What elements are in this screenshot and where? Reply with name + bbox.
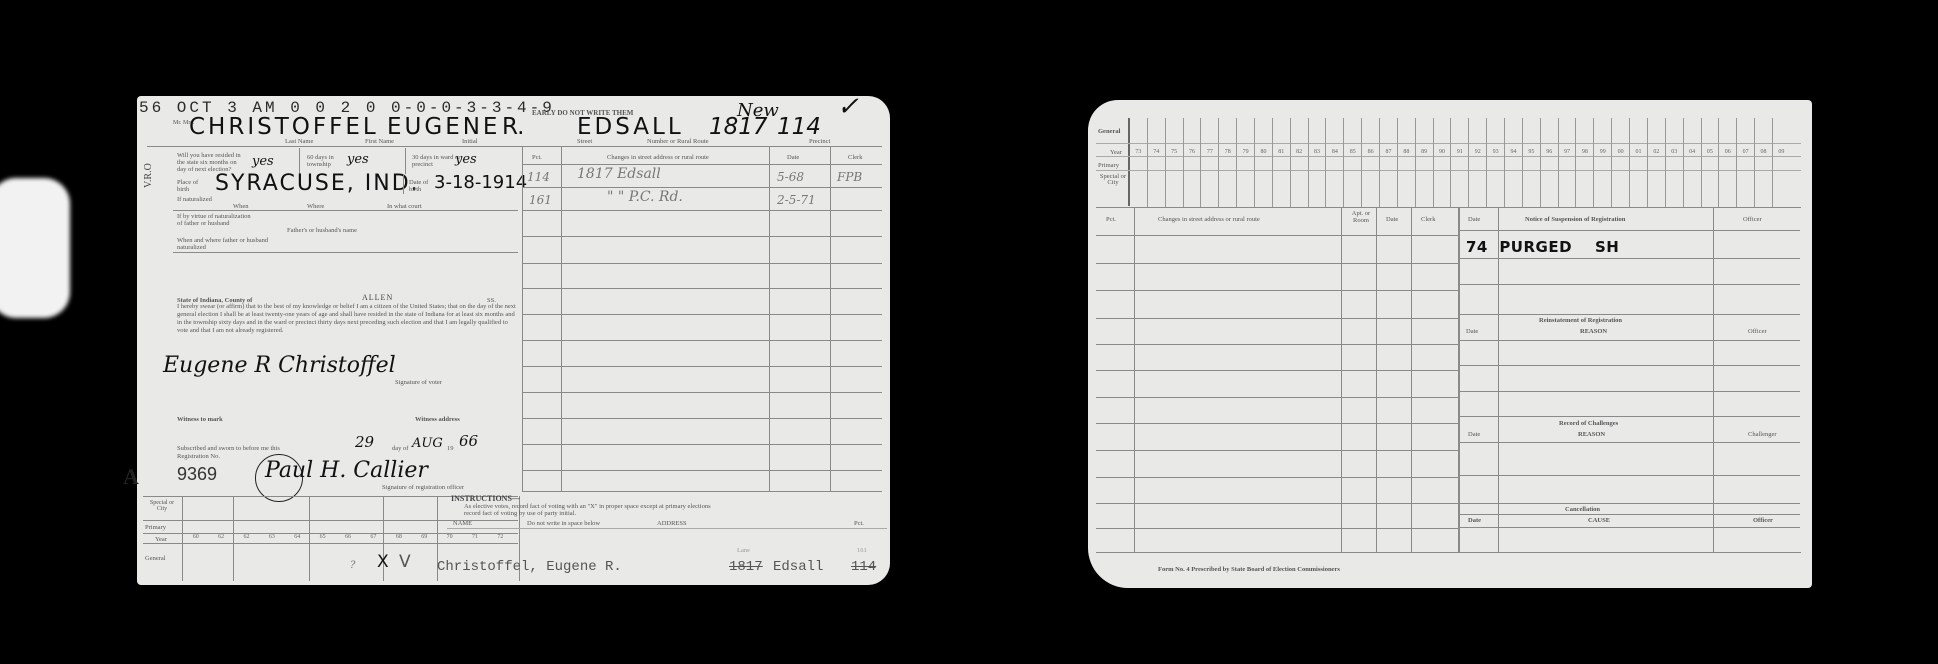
label-when-where-father: When and where father or husband natural… (177, 237, 277, 251)
challenges-header-reason: REASON (1578, 431, 1605, 438)
label-virtue: If by virtue of naturalization of father… (177, 213, 252, 227)
vote-year: 85 (1344, 118, 1362, 207)
resided-state-answer: yes (252, 154, 274, 169)
registration-card-front: 56 OCT 3 AM 0 0 2 0 0-0-0-3-3-4-9 EARLY … (137, 96, 890, 585)
challenges-header-challenger: Challenger (1748, 431, 1777, 438)
county-value: ALLEN (362, 293, 393, 302)
cancellation-header-date: Date (1468, 517, 1481, 524)
changes-header-address: Changes in street address or rural route (607, 154, 709, 161)
vote-year: 64 (285, 534, 310, 540)
challenges-title: Record of Challenges (1555, 420, 1622, 427)
vote-year: 96 (1541, 118, 1559, 207)
vote-year: 77 (1201, 118, 1219, 207)
reinstatement-header-date: Date (1466, 328, 1478, 335)
label-witness-mark: Witness to mark (177, 416, 223, 423)
cancellation-header-cause: CAUSE (1588, 517, 1610, 524)
vote-year: 81 (1273, 118, 1291, 207)
subscribed-month: AUG (412, 436, 443, 451)
officer-signature: Paul H. Callier (265, 458, 428, 483)
changes-header-address: Changes in street address or rural route (1158, 216, 1260, 223)
label-where: Where (307, 203, 324, 210)
changes-cell-pct: 161 (529, 193, 552, 207)
vote-year: 03 (1666, 118, 1684, 207)
vote-year: 74 (1148, 118, 1166, 207)
label-sig-officer: Signature of registration officer (382, 484, 464, 491)
subscribed-label: Subscribed and sworn to before me this (177, 445, 280, 452)
label-last-name: Last Name (285, 138, 313, 145)
instructions-text-2: record fact of voting by use of party in… (464, 510, 576, 517)
vote-year: 98 (1576, 118, 1594, 207)
label-registration-no: Registration No. (177, 453, 220, 460)
vote-year: 75 (1166, 118, 1184, 207)
vote-year: 82 (1291, 118, 1309, 207)
label-number: Number or Rural Route (647, 138, 709, 145)
changes-header-date: Date (787, 154, 799, 161)
instructions-no-write: Do not write in space below (527, 520, 600, 527)
vote-year: 92 (1469, 118, 1487, 207)
vote-year: 01 (1630, 118, 1648, 207)
vote-year-columns: 73 74 75 76 77 78 79 80 81 82 83 84 85 8… (1130, 118, 1790, 207)
vote-year: 94 (1505, 118, 1523, 207)
vote-year: 80 (1255, 118, 1273, 207)
changes-cell-address: 1817 Edsall (577, 166, 661, 182)
last-name-value: CHRISTOFFEL (189, 114, 379, 140)
vote-year: 07 (1737, 118, 1755, 207)
subscribed-day: 29 (355, 433, 374, 451)
cancellation-title: Cancellation (1565, 506, 1600, 513)
suspension-entry: 74 PURGED SH (1466, 238, 1619, 256)
vote-year: 65 (310, 534, 335, 540)
number-value: 1817 (709, 114, 768, 140)
vote-year: 60 (183, 534, 208, 540)
label-place-of-birth: Place of birth (177, 179, 205, 193)
vote-row-special: Special or City (1098, 174, 1128, 186)
vote-year: 90 (1434, 118, 1452, 207)
typed-number-overwrite: Lane (737, 547, 750, 554)
voter-signature: Eugene R Christoffel (163, 353, 396, 378)
cancellation-header-officer: Officer (1753, 517, 1773, 524)
label-sig-voter: Signature of voter (395, 379, 442, 386)
typed-street: Edsall (773, 559, 823, 575)
typed-pct-struck: 114 (851, 559, 876, 575)
days-township-answer: yes (347, 152, 369, 167)
vote-year: 02 (1648, 118, 1666, 207)
vote-year: 00 (1612, 118, 1630, 207)
vote-year: 88 (1398, 118, 1416, 207)
label-precinct: Precinct (809, 138, 830, 145)
changes-cell-pct: 114 (527, 170, 550, 184)
typed-number-struck: 1817 (729, 559, 763, 575)
vote-year: 72 (488, 534, 513, 540)
suspension-header-officer: Officer (1743, 216, 1762, 223)
vote-year: 63 (259, 534, 284, 540)
instructions-text-1: As elective votes, record fact of voting… (464, 503, 711, 510)
subscribed-year: 66 (459, 432, 478, 450)
check-mark-icon: ✓ (837, 92, 859, 122)
label-initial: Initial (462, 138, 478, 145)
changes-header-clerk: Clerk (1421, 216, 1435, 223)
vote-year: 70 (437, 534, 462, 540)
title-prefix: Mr. Mrs. (173, 120, 185, 127)
label-when: When (233, 203, 249, 210)
label-date-of-birth: Date of birth (409, 179, 437, 193)
changes-cell-date: 5-68 (777, 170, 804, 184)
reinstatement-title: Reinstatement of Registration (1535, 317, 1626, 324)
subscribed-day-label: day of (392, 445, 408, 452)
changes-cell-address: " " P.C. Rd. (607, 189, 683, 205)
vote-year: 08 (1755, 118, 1773, 207)
vote-year: 78 (1219, 118, 1237, 207)
label-witness-address: Witness address (415, 416, 460, 423)
vote-year: 86 (1362, 118, 1380, 207)
vote-year: 93 (1487, 118, 1505, 207)
first-name-value: EUGENE (387, 114, 500, 140)
changes-header-pct: Pct. (1106, 216, 1116, 223)
instructions-pct-label: Pct. (854, 520, 864, 527)
vote-year: 68 (386, 534, 411, 540)
days-ward-answer: yes (455, 152, 477, 167)
suspension-header-notice: Notice of Suspension of Registration (1525, 216, 1625, 223)
typed-pct-overwrite: 161 (857, 547, 867, 554)
label-street: Street (577, 138, 592, 145)
instructions-name-label: NAME (453, 520, 472, 527)
label-first-name: First Name (365, 138, 394, 145)
vote-mark-v: V (399, 552, 411, 572)
vote-year: 73 (1130, 118, 1148, 207)
suspension-header-date: Date (1468, 216, 1480, 223)
place-of-birth-value: SYRACUSE, IND. (215, 171, 420, 196)
initial-value: R. (502, 114, 524, 140)
form-footer: Form No. 4 Prescribed by State Board of … (1158, 566, 1340, 573)
vote-year: 04 (1684, 118, 1702, 207)
label-naturalized: If naturalized (177, 196, 212, 203)
challenges-header-date: Date (1468, 431, 1480, 438)
vote-year: 79 (1237, 118, 1255, 207)
vote-row-primary: Primary (1098, 162, 1119, 169)
label-resided-state: Will you have resided in the state six m… (177, 152, 247, 173)
instructions-address-label: ADDRESS (657, 520, 687, 527)
vote-year: 95 (1523, 118, 1541, 207)
vote-mark: ? (350, 560, 355, 571)
label-father-name: Father's or husband's name (287, 227, 357, 234)
street-value: EDSALL (577, 114, 684, 140)
vote-row-primary: Primary (145, 524, 166, 531)
changes-header-clerk: Clerk (848, 154, 862, 161)
reinstatement-header-reason: REASON (1580, 328, 1607, 335)
vote-mark-x: X (377, 552, 389, 572)
date-of-birth-value: 3-18-1914 (434, 172, 527, 193)
changes-header-apt: Apt. or Room (1350, 210, 1372, 224)
vote-row-general: General (145, 555, 166, 562)
precinct-value: 114 (777, 114, 821, 140)
changes-cell-clerk: FPB (837, 170, 862, 184)
vote-year: 09 (1773, 118, 1790, 207)
changes-header-date: Date (1386, 216, 1398, 223)
registration-card-back: General Year Primary Special or City 73 … (1088, 100, 1812, 588)
vote-year: 83 (1309, 118, 1327, 207)
subscribed-year-label: 19 (447, 445, 454, 452)
instructions-title: INSTRUCTIONS— (451, 494, 520, 503)
vote-year: 89 (1416, 118, 1434, 207)
changes-cell-date: 2-5-71 (777, 193, 816, 207)
vote-year: 84 (1326, 118, 1344, 207)
scanner-artifact (0, 178, 70, 318)
vote-row-special: Special or City (147, 500, 177, 512)
vote-row-general: General (1098, 128, 1120, 135)
vote-year: 62 (234, 534, 259, 540)
typed-name: Christoffel, Eugene R. (437, 559, 622, 575)
vote-year: 62 (208, 534, 233, 540)
vote-year: 71 (462, 534, 487, 540)
vote-year: 69 (412, 534, 437, 540)
reinstatement-header-officer: Officer (1748, 328, 1767, 335)
registration-number: 9369 (177, 464, 217, 485)
oath-text: I hereby swear (or affirm) that to the b… (177, 303, 517, 335)
vote-year: 06 (1719, 118, 1737, 207)
vote-year: 91 (1451, 118, 1469, 207)
vote-year: 05 (1702, 118, 1720, 207)
vote-row-year: Year (155, 536, 167, 543)
changes-header-pct: Pct. (532, 154, 542, 161)
vote-year: 97 (1559, 118, 1577, 207)
vro-label: V.R.O (143, 163, 154, 188)
section-letter: A (123, 464, 139, 490)
vote-row-year: Year (1110, 149, 1122, 156)
vote-year: 87 (1380, 118, 1398, 207)
vote-year: 66 (335, 534, 360, 540)
label-what-court: In what court (387, 203, 422, 210)
vote-year: 99 (1594, 118, 1612, 207)
vote-year: 76 (1184, 118, 1202, 207)
